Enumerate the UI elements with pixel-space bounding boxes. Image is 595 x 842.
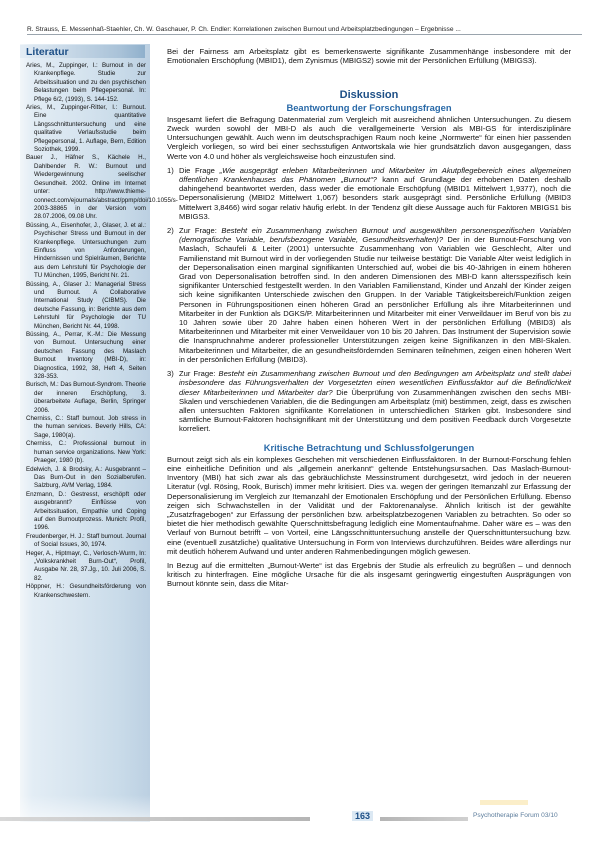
item-body: Zur Frage: Besteht ein Zusammenhang zwis…: [179, 226, 571, 364]
footer-decoration: [480, 800, 528, 805]
item-number: 3): [167, 369, 179, 433]
item-body: Die Frage „Wie ausgeprägt erleben Mitarb…: [179, 166, 571, 221]
reference-item: Cherniss, C.: Professional burnout in hu…: [26, 440, 146, 465]
journal-name: Psychotherapie Forum 03/10: [473, 812, 558, 819]
footer-rule-left: [0, 817, 310, 821]
research-question-item: 1) Die Frage „Wie ausgeprägt erleben Mit…: [167, 166, 571, 221]
reference-item: Höppner, H.: Gesundheitsförderung von Kr…: [26, 583, 146, 600]
research-question-item: 2) Zur Frage: Besteht ein Zusammenhang z…: [167, 226, 571, 364]
intro-paragraph: Bei der Fairness am Arbeitsplatz gibt es…: [167, 47, 571, 65]
page-number: 163: [352, 811, 373, 821]
reference-item: Freudenberger, H. J.: Staff burnout. Jou…: [26, 533, 146, 550]
footer-rule-right: [380, 817, 468, 821]
item-body: Zur Frage: Besteht ein Zusammenhang zwis…: [179, 369, 571, 433]
burnout-values-paragraph: In Bezug auf die ermittelten „Burnout-We…: [167, 561, 571, 589]
subsection-title-critical-review: Kritische Betrachtung und Schlussfolgeru…: [167, 443, 571, 452]
subsection-title-research-questions: Beantwortung der Forschungsfragen: [167, 103, 571, 112]
section-title: Diskussion: [167, 91, 571, 100]
reference-item: Büssing, A., Perrar, K.-M.: Die Messung …: [26, 331, 146, 381]
main-column: Bei der Fairness am Arbeitsplatz gibt es…: [167, 47, 571, 594]
reference-item: Büssing, A., Eisenhofer, J., Glaser, J. …: [26, 222, 146, 281]
reference-item: Burisch, M.: Das Burnout-Syndrom. Theori…: [26, 381, 146, 415]
reference-item: Büssing, A., Glaser J.: Managerial Stres…: [26, 281, 146, 331]
references-title: Literatur: [26, 46, 69, 58]
item-lead: Zur Frage:: [179, 226, 221, 235]
reference-item: Enzmann, D.: Gestresst, erschöpft oder a…: [26, 491, 146, 533]
reference-list: Aries, M., Zuppinger, I.: Burnout in der…: [26, 62, 146, 600]
critical-review-paragraph: Burnout zeigt sich als ein komplexes Ges…: [167, 455, 571, 556]
reference-item: Bauer J., Häfner S., Kächele H., Dahlben…: [26, 154, 146, 221]
reference-item: Aries, M., Zuppinger-Ritter, I.: Burnout…: [26, 104, 146, 154]
reference-item: Cherniss, C.: Staff burnout. Job stress …: [26, 415, 146, 440]
running-head: R. Strauss, E. Messenhaß-Staehler, Ch. W…: [27, 26, 582, 35]
reference-item: Aries, M., Zuppinger, I.: Burnout in der…: [26, 62, 146, 104]
item-number: 2): [167, 226, 179, 364]
item-lead: Zur Frage:: [179, 369, 219, 378]
item-answer: Der in der Burnout-Forschung von Maslach…: [179, 235, 571, 364]
research-overview-paragraph: Insgesamt liefert die Befragung Datenmat…: [167, 115, 571, 161]
reference-item: Heger, A., Hiptmayr, C., Verlosch-Wurm, …: [26, 550, 146, 584]
reference-item: Edelwich, J. & Brodsky, A.: Ausgebrannt …: [26, 466, 146, 491]
item-number: 1): [167, 166, 179, 221]
research-question-item: 3) Zur Frage: Besteht ein Zusammenhang z…: [167, 369, 571, 433]
item-lead: Die Frage: [179, 166, 220, 175]
